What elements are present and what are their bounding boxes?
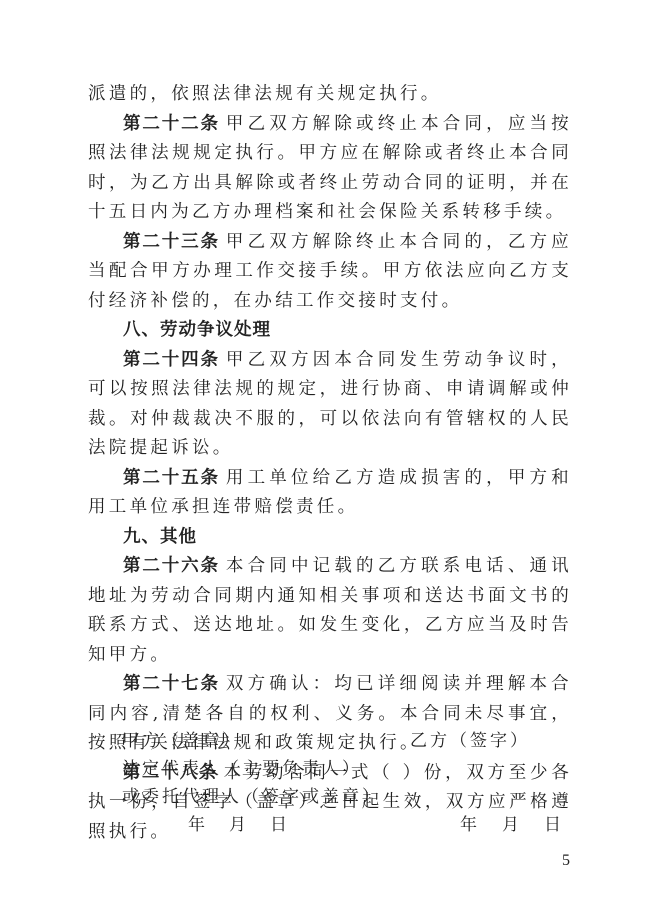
article-label: 第二十七条 <box>123 674 220 694</box>
article-label: 第二十三条 <box>123 232 220 252</box>
article-label: 第二十四条 <box>123 350 220 370</box>
party-b-signature-label: 乙方（签字） <box>410 726 530 751</box>
authorized-agent-label: 或委托代理人（签字或盖章） <box>122 782 382 807</box>
article-24: 第二十四条甲乙双方因本合同发生劳动争议时，可以按照法律法规的规定，进行协商、申请… <box>88 346 572 464</box>
article-label: 第二十六条 <box>123 556 220 576</box>
article-label: 第二十五条 <box>123 468 220 488</box>
date-month: 月 <box>229 810 246 835</box>
date-year: 年 <box>460 810 477 835</box>
date-year: 年 <box>188 810 205 835</box>
article-26: 第二十六条本合同中记载的乙方联系电话、通讯地址为劳动合同期内通知相关事项和送达书… <box>88 552 572 670</box>
article-label: 第二十二条 <box>123 114 220 134</box>
section-heading-8: 八、劳动争议处理 <box>88 316 572 346</box>
section-heading-9: 九、其他 <box>88 523 572 553</box>
article-25: 第二十五条用工单位给乙方造成损害的，甲方和用工单位承担连带赔偿责任。 <box>88 464 572 523</box>
document-page: 派遣的，依照法律法规有关规定执行。 第二十二条甲乙双方解除或终止本合同，应当按照… <box>0 0 650 919</box>
party-a-seal-label: 甲方（盖章） <box>122 726 242 751</box>
intro-fragment: 派遣的，依照法律法规有关规定执行。 <box>88 80 572 110</box>
date-day: 日 <box>544 810 561 835</box>
article-23: 第二十三条甲乙双方解除终止本合同的，乙方应当配合甲方办理工作交接手续。甲方依法应… <box>88 228 572 317</box>
page-number: 5 <box>562 852 570 870</box>
legal-representative-label: 法定代表人（主要负责人） <box>122 754 362 779</box>
date-month: 月 <box>502 810 519 835</box>
date-day: 日 <box>270 810 287 835</box>
article-22: 第二十二条甲乙双方解除或终止本合同，应当按照法律法规规定执行。甲方应在解除或者终… <box>88 110 572 228</box>
